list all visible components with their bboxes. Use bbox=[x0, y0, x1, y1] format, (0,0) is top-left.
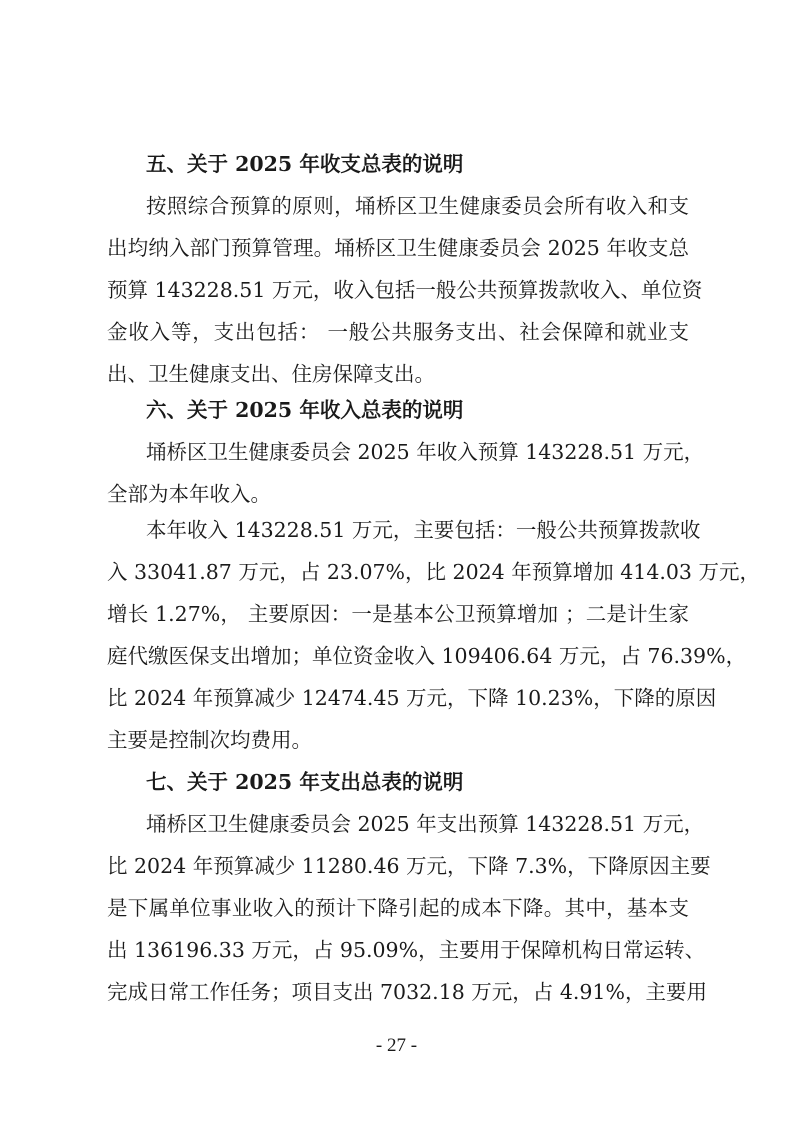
paragraph-line: 预算 143228.51 万元，收入包括一般公共预算拨款收入、单位资 bbox=[107, 277, 689, 303]
paragraph-line: 比 2024 年预算减少 12474.45 万元，下降 10.23%，下降的原因 bbox=[107, 685, 689, 711]
paragraph-line: 按照综合预算的原则，埇桥区卫生健康委员会所有收入和支 bbox=[146, 193, 689, 219]
paragraph-line: 庭代缴医保支出增加；单位资金收入 109406.64 万元，占 76.39%， bbox=[107, 643, 689, 669]
paragraph-line: 出、卫生健康支出、住房保障支出。 bbox=[107, 361, 689, 387]
paragraph-line: 是下属单位事业收入的预计下降引起的成本下降。其中，基本支 bbox=[107, 895, 689, 921]
paragraph-line: 增长 1.27%， 主要原因：一是基本公卫预算增加 ；二是计生家 bbox=[107, 601, 689, 627]
paragraph-line: 入 33041.87 万元，占 23.07%，比 2024 年预算增加 414.… bbox=[107, 559, 689, 585]
section-heading-6: 六、关于 2025 年收入总表的说明 bbox=[146, 397, 463, 423]
paragraph-line: 主要是控制次均费用。 bbox=[107, 727, 689, 753]
paragraph-line: 完成日常工作任务；项目支出 7032.18 万元，占 4.91%，主要用 bbox=[107, 979, 689, 1005]
paragraph-line: 比 2024 年预算减少 11280.46 万元，下降 7.3%，下降原因主要 bbox=[107, 853, 689, 879]
page-number: - 27 - bbox=[0, 1034, 793, 1058]
section-heading-7: 七、关于 2025 年支出总表的说明 bbox=[146, 769, 463, 795]
paragraph-line: 埇桥区卫生健康委员会 2025 年支出预算 143228.51 万元， bbox=[146, 811, 689, 837]
paragraph-line: 全部为本年收入。 bbox=[107, 481, 689, 507]
paragraph-line: 埇桥区卫生健康委员会 2025 年收入预算 143228.51 万元， bbox=[146, 439, 689, 465]
paragraph-line: 本年收入 143228.51 万元，主要包括：一般公共预算拨款收 bbox=[146, 517, 689, 543]
paragraph-line: 金收入等，支出包括： 一般公共服务支出、社会保障和就业支 bbox=[107, 319, 689, 345]
document-page: 五、关于 2025 年收支总表的说明 按照综合预算的原则，埇桥区卫生健康委员会所… bbox=[0, 0, 793, 1122]
paragraph-line: 出 136196.33 万元，占 95.09%，主要用于保障机构日常运转、 bbox=[107, 937, 689, 963]
paragraph-line: 出均纳入部门预算管理。埇桥区卫生健康委员会 2025 年收支总 bbox=[107, 235, 689, 261]
section-heading-5: 五、关于 2025 年收支总表的说明 bbox=[146, 151, 463, 177]
